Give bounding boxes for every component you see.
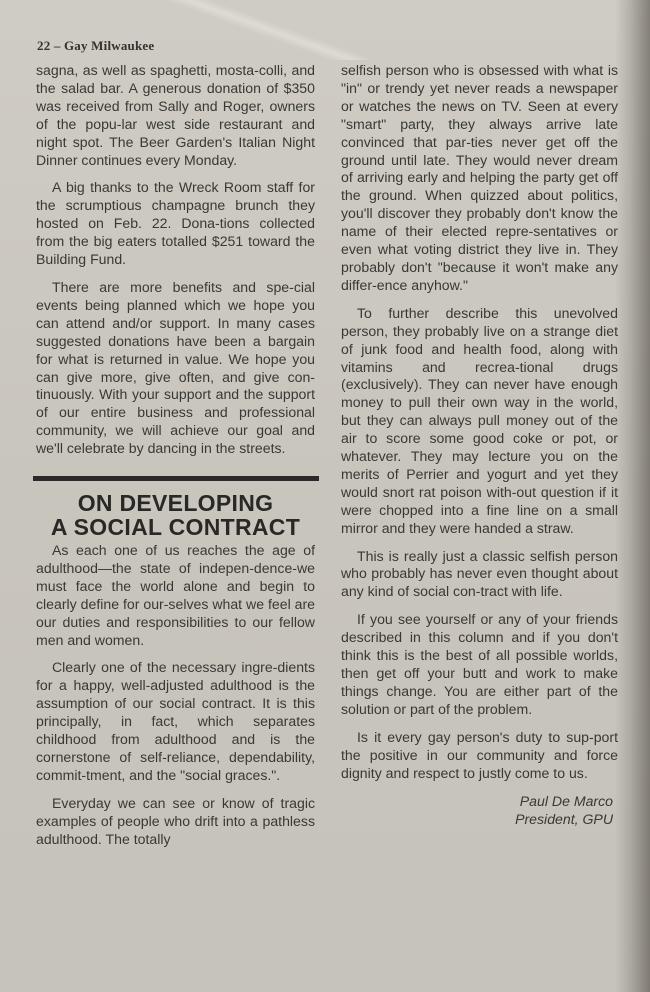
paper-crease	[120, 0, 420, 60]
author-title: President, GPU	[341, 810, 613, 828]
paragraph-continued: sagna, as well as spaghetti, mosta-colli…	[36, 62, 315, 169]
paragraph-selfish-person: selfish person who is obsessed with what…	[341, 62, 618, 295]
headline-line-1: ON DEVELOPING	[36, 491, 315, 515]
author-signature: Paul De Marco President, GPU	[341, 792, 618, 828]
paragraph-duty: Is it every gay person's duty to sup-por…	[341, 729, 618, 783]
paragraph-adulthood: As each one of us reaches the age of adu…	[36, 542, 315, 649]
left-column: sagna, as well as spaghetti, mosta-colli…	[36, 62, 315, 859]
paragraph-see-yourself: If you see yourself or any of your frien…	[341, 611, 618, 718]
author-name: Paul De Marco	[341, 792, 613, 810]
paragraph-classic-selfish: This is really just a classic selfish pe…	[341, 548, 618, 602]
article-headline: ON DEVELOPING A SOCIAL CONTRACT	[36, 491, 315, 539]
page-folio: 22 – Gay Milwaukee	[37, 38, 154, 54]
paragraph-ingredients: Clearly one of the necessary ingre-dient…	[36, 659, 315, 784]
magazine-page: 22 – Gay Milwaukee sagna, as well as spa…	[0, 0, 650, 992]
paragraph-everyday: Everyday we can see or know of tragic ex…	[36, 795, 315, 849]
headline-line-2: A SOCIAL CONTRACT	[36, 515, 315, 539]
paragraph-wreck-room: A big thanks to the Wreck Room staff for…	[36, 179, 315, 269]
section-divider	[33, 476, 319, 481]
paragraph-unevolved: To further describe this unevolved perso…	[341, 305, 618, 538]
paragraph-benefits: There are more benefits and spe-cial eve…	[36, 279, 315, 458]
right-column: selfish person who is obsessed with what…	[341, 62, 618, 828]
